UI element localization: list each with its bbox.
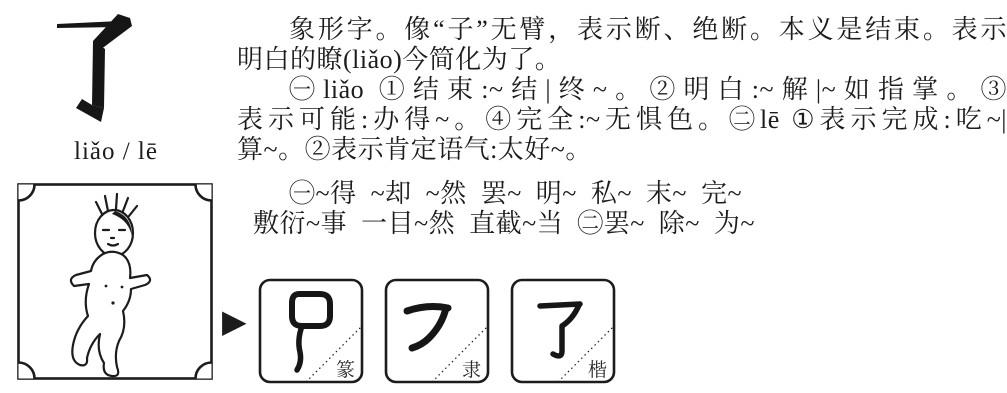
headword-glyph xyxy=(50,10,138,138)
definition-line-5: 算~。②表示肯定语气:太好~。 xyxy=(237,135,1007,165)
headword-char: 了 xyxy=(0,0,1,1)
compound-line-1: ㊀~得 ~却 ~然 罢~ 明~ 私~ 末~ 完~ xyxy=(237,179,1007,209)
pictograph-box xyxy=(17,183,213,380)
script-box-seal: 篆 xyxy=(258,278,364,384)
script-box-regular: 楷 xyxy=(510,278,616,384)
evolution-arrow-icon: ▶ xyxy=(222,305,247,337)
baby-pictograph xyxy=(17,183,213,380)
script-label-regular: 楷 xyxy=(588,361,607,380)
definition-line-2: 明白的瞭(liǎo)今简化为了。 xyxy=(237,45,1007,75)
script-box-clerical: 隶 xyxy=(384,278,490,384)
script-label-seal: 篆 xyxy=(336,361,355,380)
definition-line-3: ㊀liǎo ①结束:~结|终~。②明白:~解|~如指掌。③ xyxy=(237,75,1007,105)
entry-text: 象形字。像“子”无臂，表示断、绝断。本义是结束。表示 明白的瞭(liǎo)今简化… xyxy=(237,15,1007,239)
compound-line-2: 敷衍~事 一目~然 直截~当 ㊁罢~ 除~ 为~ xyxy=(237,209,1007,239)
headword-pinyin: liǎo / lē xyxy=(0,138,232,166)
definition-line-4: 表示可能:办得~。④完全:~无惧色。㊁lē ①表示完成:吃~| xyxy=(237,105,1007,135)
dictionary-page: 了 liǎo / lē xyxy=(0,0,1007,393)
script-label-clerical: 隶 xyxy=(462,361,481,380)
definition-line-1: 象形字。像“子”无臂，表示断、绝断。本义是结束。表示 xyxy=(237,15,1007,45)
